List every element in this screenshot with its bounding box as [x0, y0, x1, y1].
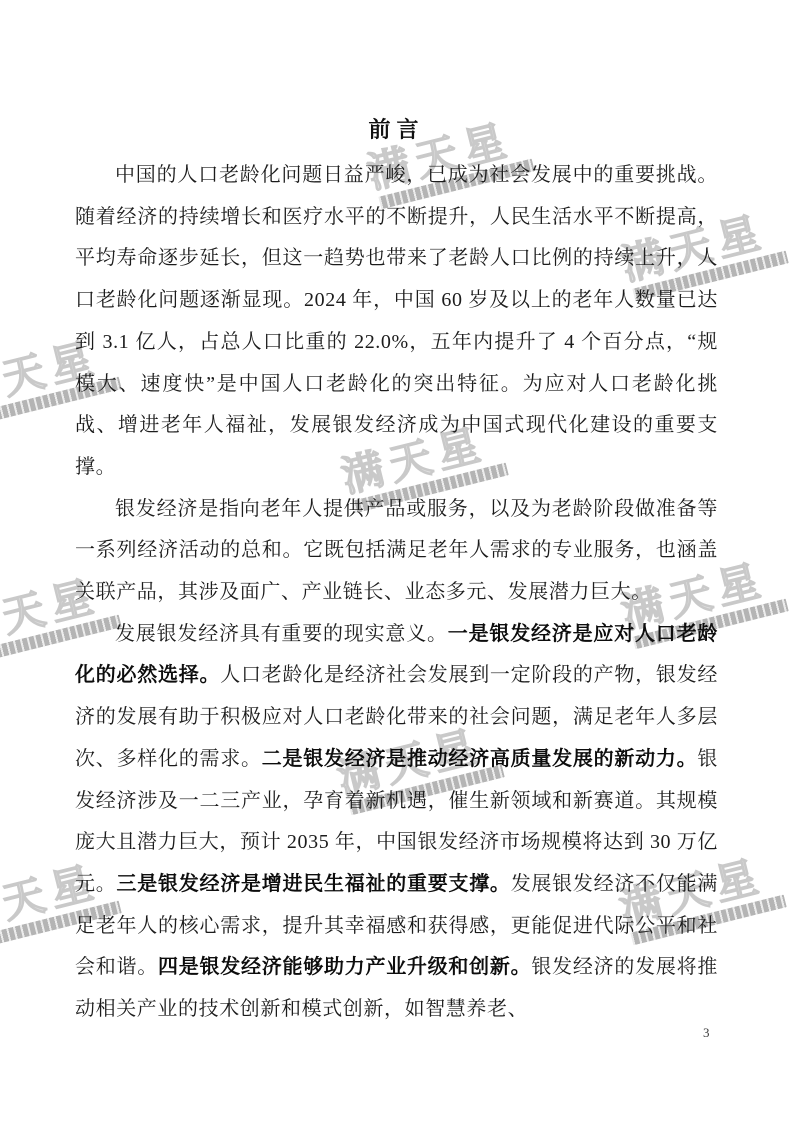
page-number: 3 — [703, 1025, 710, 1041]
page-title: 前言 — [0, 115, 793, 145]
text-run: 中国的人口老龄化问题日益严峻，已成为社会发展中的重要挑战。随着经济的持续增长和医… — [75, 164, 718, 478]
bold-text-run: 四是银发经济能够助力产业升级和创新。 — [158, 956, 531, 978]
bold-text-run: 三是银发经济是增进民生福祉的重要支撑。 — [117, 873, 511, 895]
document-page: 满天星满天星满天星满天星满天星满天星满天星满天星满天星 前言 中国的人口老龄化问… — [0, 0, 793, 1122]
bold-text-run: 二是银发经济是推动经济高质量发展的新动力。 — [262, 748, 698, 770]
text-run: 发展银发经济具有重要的现实意义。 — [115, 623, 448, 645]
text-run: 银发经济是指向老年人提供产品或服务，以及为老龄阶段做准备等一系列经济活动的总和。… — [75, 498, 718, 603]
paragraph: 银发经济是指向老年人提供产品或服务，以及为老龄阶段做准备等一系列经济活动的总和。… — [75, 489, 718, 614]
paragraph: 中国的人口老龄化问题日益严峻，已成为社会发展中的重要挑战。随着经济的持续增长和医… — [75, 155, 718, 489]
paragraph: 发展银发经济具有重要的现实意义。一是银发经济是应对人口老龄化的必然选择。人口老龄… — [75, 614, 718, 1031]
document-body: 中国的人口老龄化问题日益严峻，已成为社会发展中的重要挑战。随着经济的持续增长和医… — [75, 155, 718, 1031]
